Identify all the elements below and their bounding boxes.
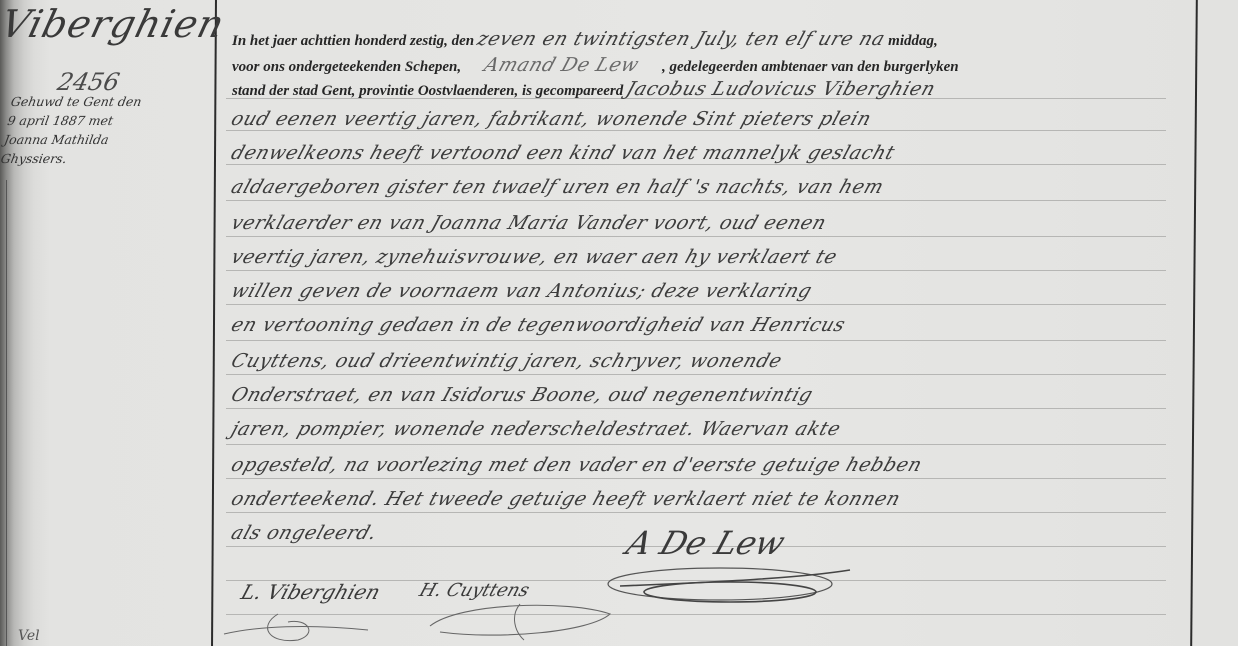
handwritten-text: willen geven de voornaem van Antonius; d… xyxy=(228,280,815,302)
guide-line xyxy=(226,130,1166,131)
guide-line xyxy=(226,340,1166,341)
printed-text: In het jaer achttien honderd zestig, den xyxy=(232,33,478,49)
father-flourish-icon xyxy=(218,604,388,646)
guide-line xyxy=(226,164,1166,165)
guide-line xyxy=(226,304,1166,305)
signature-father: L. Viberghien xyxy=(238,580,383,604)
signature-official: A De Lew xyxy=(622,524,790,562)
handwritten-text: oud eenen veertig jaren, fabrikant, wone… xyxy=(228,108,874,130)
act-line: Cuyttens, oud drieentwintig jaren, schry… xyxy=(232,350,782,372)
annotation-line: 9 april 1887 met xyxy=(6,111,215,130)
printed-text: , gedelegeerden ambtenaer van den burger… xyxy=(658,59,958,75)
act-line: voor ons ondergeteekenden Schepen, Amand… xyxy=(232,54,959,76)
handwritten-text: zeven en twintigsten July, ten elf ure n… xyxy=(474,28,888,50)
printed-text: voor ons ondergeteekenden Schepen, xyxy=(232,59,465,75)
right-rule xyxy=(1190,0,1198,646)
annotation-line: Gehuwd te Gent den xyxy=(9,92,218,111)
margin-next-entry-fragment: Vel xyxy=(18,628,40,644)
handwritten-text: denwelkeons heeft vertoond een kind van … xyxy=(228,142,897,164)
witness-flourish-icon xyxy=(420,596,620,646)
handwritten-text: als ongeleerd. xyxy=(228,522,380,544)
handwritten-text: jaren, pompier, wonende nederscheldestra… xyxy=(228,418,843,440)
guide-line xyxy=(226,236,1166,237)
handwritten-text: Amand De Lew xyxy=(481,54,642,76)
act-line: In het jaer achttien honderd zestig, den… xyxy=(232,28,938,50)
guide-line xyxy=(226,200,1166,201)
guide-line xyxy=(226,270,1166,271)
guide-line xyxy=(226,374,1166,375)
annotation-line: Joanna Mathilda xyxy=(3,130,212,149)
act-line: jaren, pompier, wonende nederscheldestra… xyxy=(232,418,840,440)
guide-line xyxy=(226,478,1166,479)
guide-line xyxy=(226,444,1166,445)
handwritten-text: Jacobus Ludovicus Viberghien xyxy=(623,78,938,100)
margin-column: Viberghien 2456 Gehuwd te Gent den 9 apr… xyxy=(0,0,216,646)
handwritten-text: veertig jaren, zynehuisvrouwe, en waer a… xyxy=(228,246,840,268)
act-line: opgesteld, na voorlezing met den vader e… xyxy=(232,454,922,476)
printed-text: middag, xyxy=(884,33,937,49)
handwritten-text: Cuyttens, oud drieentwintig jaren, schry… xyxy=(228,350,785,372)
printed-text: stand der stad Gent, provintie Oostvlaen… xyxy=(232,83,627,99)
act-line: oud eenen veertig jaren, fabrikant, wone… xyxy=(232,108,871,130)
act-line: en vertooning gedaen in de tegenwoordigh… xyxy=(232,314,845,336)
act-line: onderteekend. Het tweede getuige heeft v… xyxy=(232,488,900,510)
handwritten-text: Onderstraet, en van Isidorus Boone, oud … xyxy=(228,384,815,406)
act-line: als ongeleerd. xyxy=(232,522,377,544)
act-line: Onderstraet, en van Isidorus Boone, oud … xyxy=(232,384,812,406)
act-line: denwelkeons heeft vertoond een kind van … xyxy=(232,142,894,164)
handwritten-text: opgesteld, na voorlezing met den vader e… xyxy=(228,454,925,476)
act-line: stand der stad Gent, provintie Oostvlaen… xyxy=(232,78,935,100)
annotation-line: Ghyssiers. xyxy=(0,149,209,168)
marriage-annotation: Gehuwd te Gent den 9 april 1887 met Joan… xyxy=(0,92,219,168)
act-line: verklaerder en van Joanna Maria Vander v… xyxy=(232,212,826,234)
guide-line xyxy=(226,408,1166,409)
register-page: Viberghien 2456 Gehuwd te Gent den 9 apr… xyxy=(0,0,1238,646)
handwritten-text: en vertooning gedaen in de tegenwoordigh… xyxy=(228,314,848,336)
official-flourish-icon xyxy=(600,560,870,620)
margin-surname: Viberghien xyxy=(0,2,229,46)
handwritten-text: verklaerder en van Joanna Maria Vander v… xyxy=(228,212,829,234)
handwritten-text: onderteekend. Het tweede getuige heeft v… xyxy=(228,488,903,510)
handwritten-text: aldaergeboren gister ten twaelf uren en … xyxy=(228,176,886,198)
guide-line xyxy=(226,512,1166,513)
act-line: veertig jaren, zynehuisvrouwe, en waer a… xyxy=(232,246,837,268)
act-line: willen geven de voornaem van Antonius; d… xyxy=(232,280,811,302)
act-line: aldaergeboren gister ten twaelf uren en … xyxy=(232,176,883,198)
